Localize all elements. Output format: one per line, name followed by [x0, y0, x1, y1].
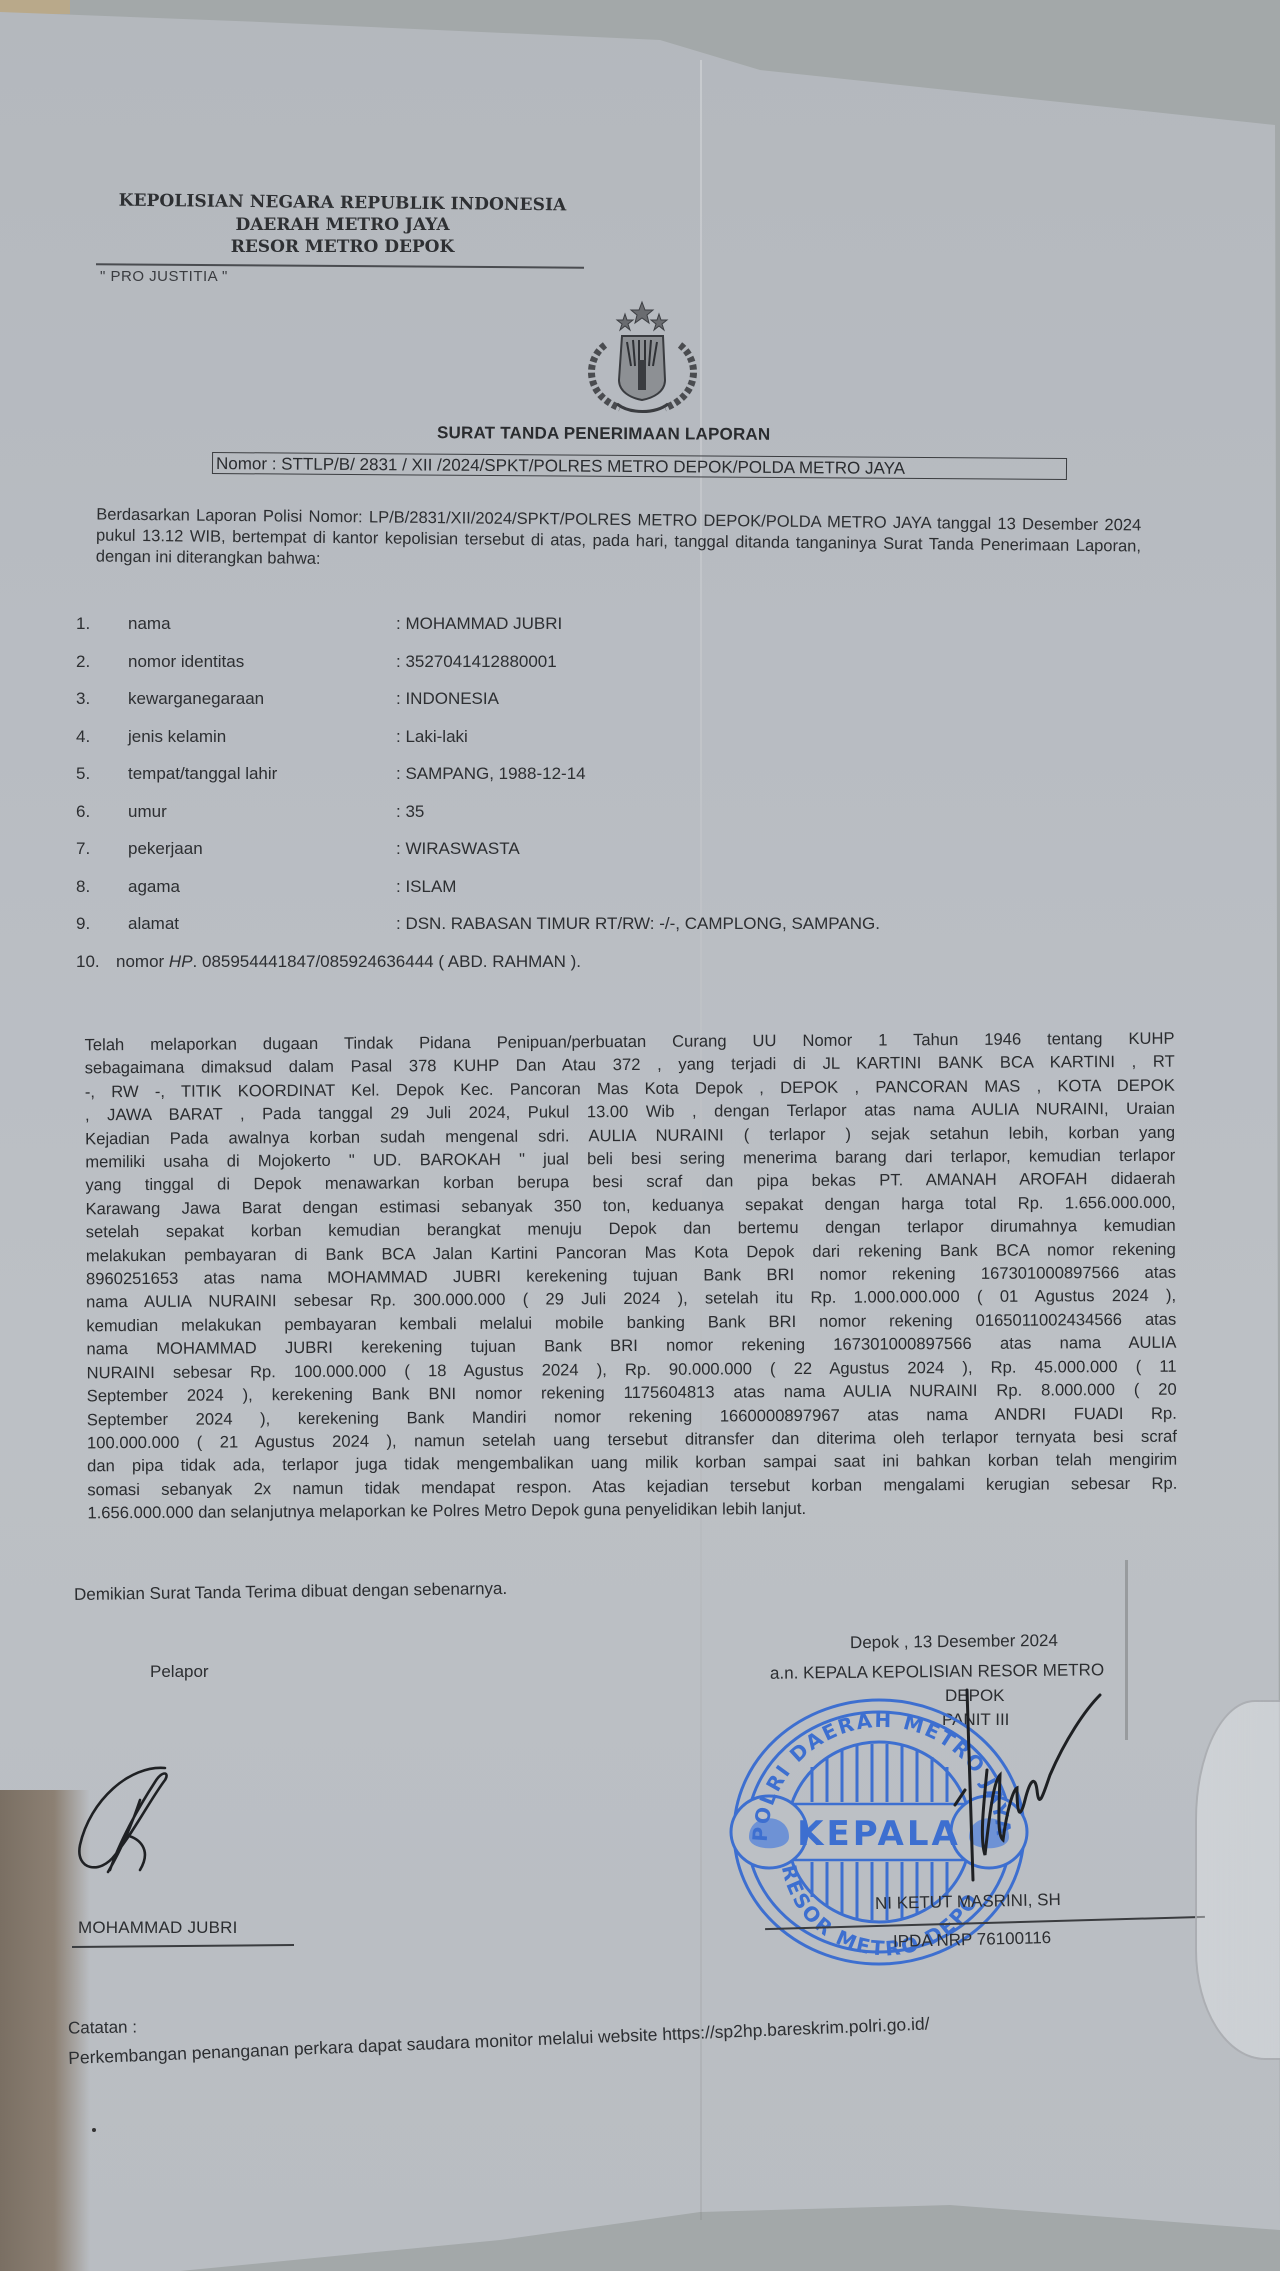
- police-report-receipt: KEPOLISIAN NEGARA REPUBLIK INDONESIA DAE…: [0, 0, 1280, 2271]
- field-label: tempat/tanggal lahir: [128, 764, 277, 784]
- officer-name: NI KETUT MASRINI, SH: [875, 1890, 1061, 1914]
- field-value: : SAMPANG, 1988-12-14: [396, 764, 586, 784]
- note-label: Catatan :: [68, 2017, 137, 2038]
- field-value: : WIRASWASTA: [396, 839, 520, 859]
- field-label: nomor HP. 085954441847/085924636444 ( AB…: [116, 952, 581, 972]
- document-number: Nomor : STTLP/B/ 2831 / XII /2024/SPKT/P…: [212, 452, 1067, 480]
- note-text: Perkembangan penanganan perkara dapat sa…: [68, 2013, 930, 2069]
- intro-paragraph: Berdasarkan Laporan Polisi Nomor: LP/B/2…: [96, 505, 1142, 579]
- field-row-birth: 5. tempat/tanggal lahir : SAMPANG, 1988-…: [76, 764, 1076, 802]
- officer-rank-nrp: IPDA NRP 76100116: [893, 1928, 1052, 1952]
- field-value: : INDONESIA: [396, 689, 499, 709]
- field-label: kewarganegaraan: [128, 689, 264, 709]
- field-label: umur: [128, 802, 167, 822]
- field-label: agama: [128, 877, 180, 897]
- reporter-signature-icon: [70, 1760, 180, 1890]
- field-value: : 35: [396, 802, 424, 822]
- field-number: 10.: [76, 952, 116, 972]
- closing-statement: Demikian Surat Tanda Terima dibuat denga…: [74, 1579, 507, 1605]
- field-value: : MOHAMMAD JUBRI: [396, 614, 562, 634]
- field-value: : Laki-laki: [396, 727, 468, 747]
- field-number: 3.: [76, 689, 116, 709]
- field-number: 1.: [76, 614, 116, 634]
- field-number: 5.: [76, 764, 116, 784]
- field-number: 9.: [76, 914, 116, 934]
- field-label: pekerjaan: [128, 839, 203, 859]
- field-number: 6.: [76, 802, 116, 822]
- reporter-name: MOHAMMAD JUBRI: [78, 1918, 238, 1938]
- field-row-citizenship: 3. kewarganegaraan : INDONESIA: [76, 689, 1076, 727]
- field-value: : DSN. RABASAN TIMUR RT/RW: -/-, CAMPLON…: [396, 914, 880, 934]
- reporter-identity-list: 1. nama : MOHAMMAD JUBRI 2. nomor identi…: [76, 614, 1076, 989]
- phone-label: nomor: [116, 952, 164, 971]
- field-row-phone: 10. nomor HP. 085954441847/085924636444 …: [76, 952, 1076, 990]
- letterhead: KEPOLISIAN NEGARA REPUBLIK INDONESIA DAE…: [100, 192, 585, 258]
- reporter-label: Pelapor: [150, 1662, 209, 1682]
- field-label: alamat: [128, 914, 179, 934]
- field-number: 8.: [76, 877, 116, 897]
- field-row-age: 6. umur : 35: [76, 802, 1076, 840]
- background-plastic-object: [1195, 1700, 1280, 2060]
- institution-unit: RESOR METRO DEPOK: [100, 236, 585, 258]
- place-date: Depok , 13 Desember 2024: [850, 1631, 1058, 1653]
- field-row-id-number: 2. nomor identitas : 3527041412880001: [76, 652, 1076, 690]
- field-number: 2.: [76, 652, 116, 672]
- field-row-religion: 8. agama : ISLAM: [76, 877, 1076, 915]
- phone-label-hp: HP: [169, 952, 193, 971]
- field-label: nama: [128, 614, 171, 634]
- field-value: : ISLAM: [396, 877, 456, 897]
- field-label: nomor identitas: [128, 652, 244, 672]
- field-number: 7.: [76, 839, 116, 859]
- institution-name: KEPOLISIAN NEGARA REPUBLIK INDONESIA: [100, 189, 585, 216]
- institution-region: DAERAH METRO JAYA: [100, 214, 585, 236]
- field-label: jenis kelamin: [128, 727, 226, 747]
- field-row-name: 1. nama : MOHAMMAD JUBRI: [76, 614, 1076, 652]
- reporter-signature-line: [72, 1944, 294, 1948]
- field-row-address: 9. alamat : DSN. RABASAN TIMUR RT/RW: -/…: [76, 914, 1076, 952]
- field-number: 4.: [76, 727, 116, 747]
- pro-justitia-label: " PRO JUSTITIA ": [100, 268, 228, 285]
- paper-speck: [92, 2128, 96, 2132]
- field-row-occupation: 7. pekerjaan : WIRASWASTA: [76, 839, 1076, 877]
- field-value: : 3527041412880001: [396, 652, 557, 672]
- police-emblem-icon: [575, 300, 710, 420]
- document-title: SURAT TANDA PENERIMAAN LAPORAN: [437, 423, 771, 445]
- field-row-gender: 4. jenis kelamin : Laki-laki: [76, 727, 1076, 765]
- incident-narrative: Telah melaporkan dugaan Tindak Pidana Pe…: [85, 1027, 1178, 1525]
- phone-value: . 085954441847/085924636444 ( ABD. RAHMA…: [193, 952, 581, 971]
